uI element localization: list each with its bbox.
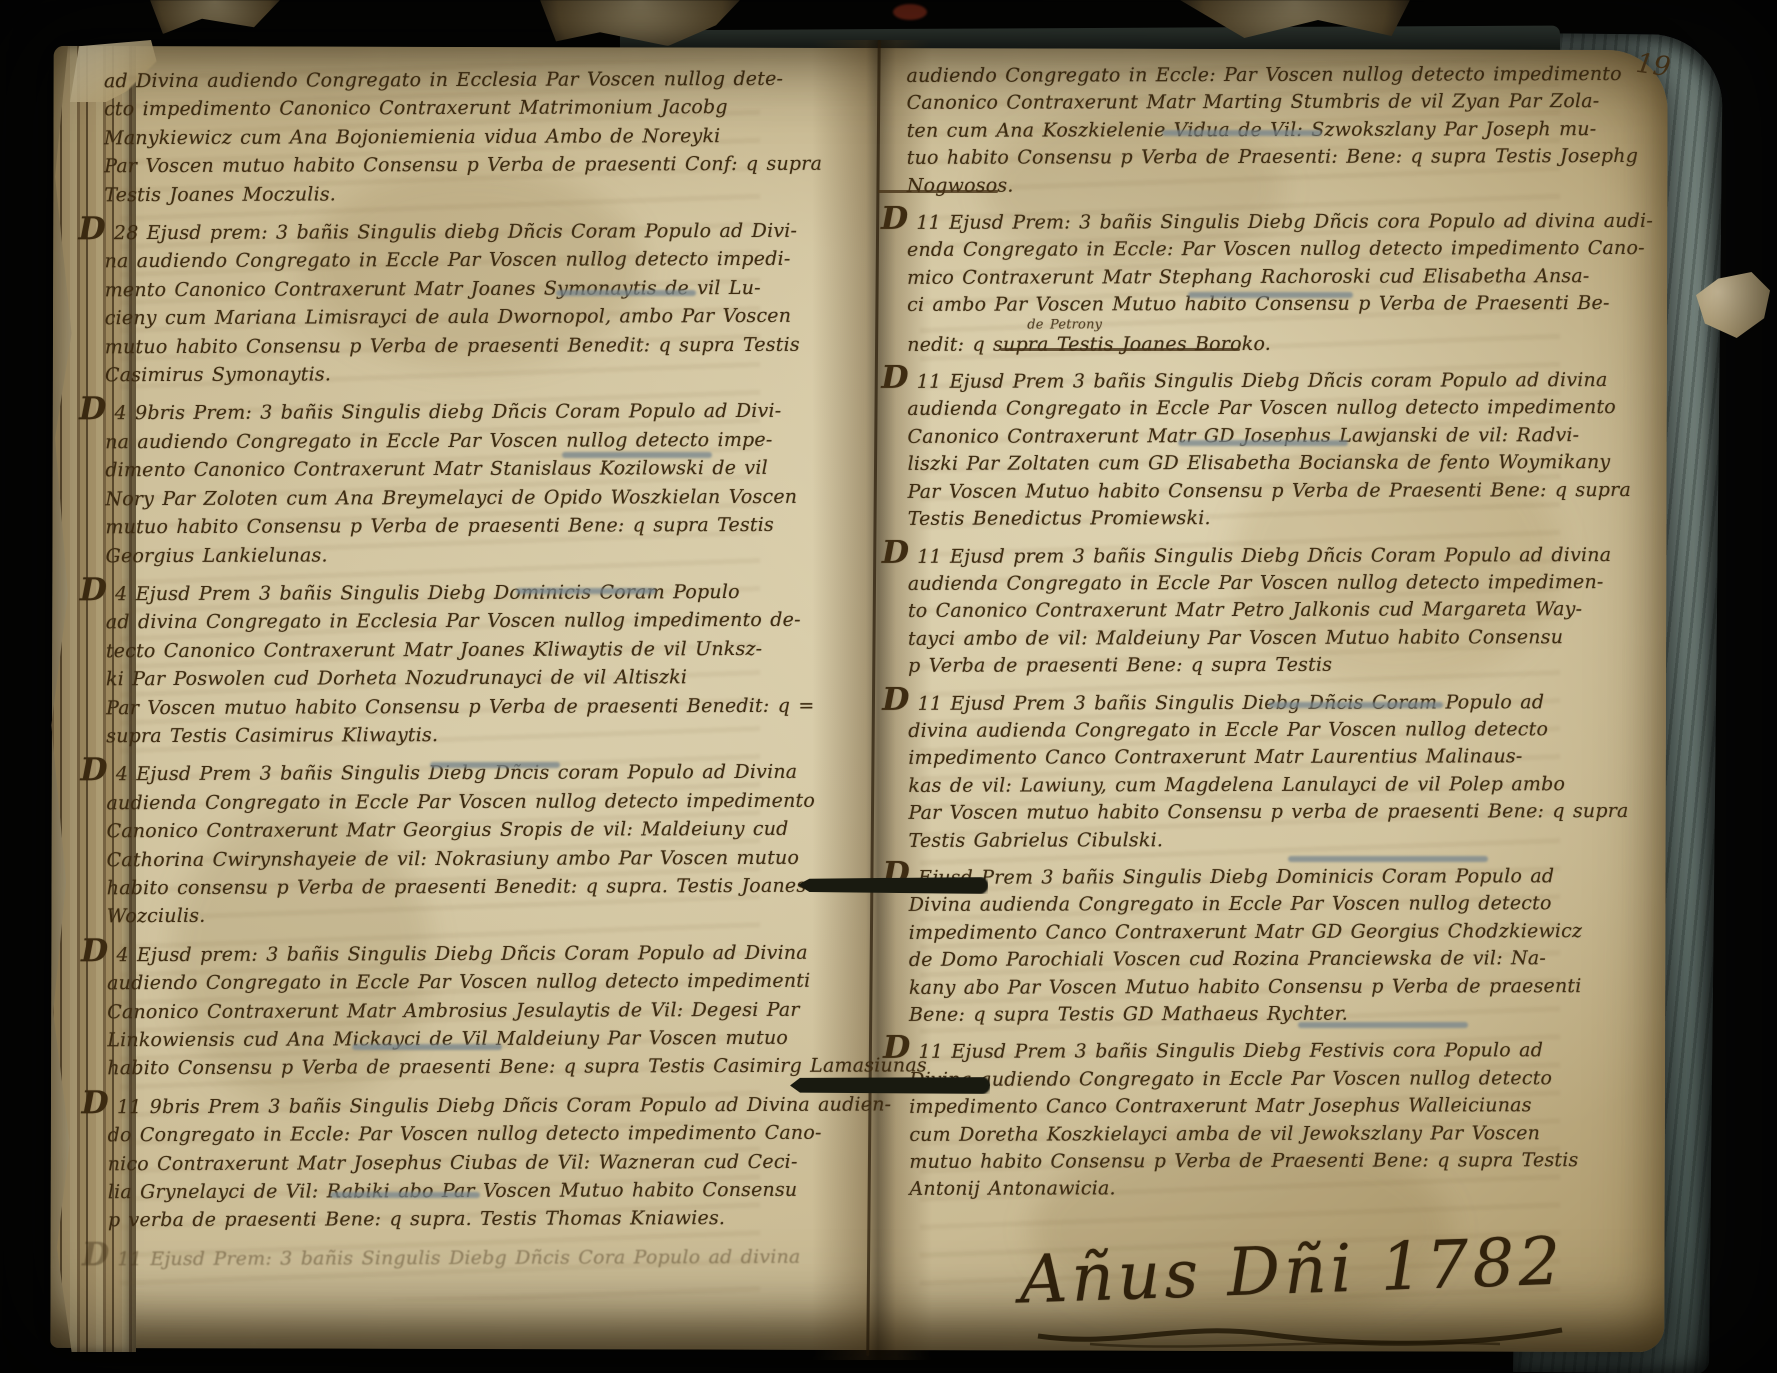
- pencil-underline-mark: [1298, 1022, 1468, 1028]
- manuscript-line: ki Par Poswolen cud Dorheta Nozudrunayci…: [106, 663, 794, 694]
- manuscript-line: D 11 9bris Prem 3 bañis Singulis Diebg D…: [81, 1087, 795, 1122]
- manuscript-line: D 4 Ejusd Prem 3 bañis Singulis Diebg Do…: [80, 574, 794, 609]
- manuscript-line: ad Divina audiendo Congregato in Ecclesi…: [104, 65, 792, 96]
- manuscript-line: D 11 Ejusd Prem: 3 bañis Singulis Diebg …: [881, 204, 1555, 237]
- manuscript-line: impedimento Canco Contraxerunt Matr Laur…: [908, 743, 1556, 772]
- manuscript-line: Canonico Contraxerunt Matr Marting Stumb…: [907, 89, 1555, 118]
- manuscript-line: impedimento Canco Contraxerunt Matr GD G…: [909, 918, 1557, 947]
- manuscript-line: Par Voscen mutuo habito Consensu p verba…: [908, 798, 1556, 827]
- ink-underline-mark: [878, 190, 998, 193]
- manuscript-line: Canonico Contraxerunt Matr Georgius Srop…: [107, 815, 795, 846]
- pencil-underline-mark: [1178, 440, 1348, 446]
- manuscript-line: D 4 Ejusd prem: 3 bañis Singulis Diebg D…: [81, 935, 795, 970]
- manuscript-line: audiendo Congregato in Eccle: Par Voscen…: [907, 61, 1555, 90]
- manuscript-line: to Canonico Contraxerunt Matr Petro Jalk…: [908, 596, 1556, 625]
- manuscript-line: audienda Congregato in Eccle Par Voscen …: [908, 569, 1556, 598]
- manuscript-line: D 11 Ejusd prem 3 bañis Singulis Diebg D…: [882, 538, 1556, 571]
- manuscript-line: Cathorina Cwirynshayeie de vil: Nokrasiu…: [107, 843, 795, 874]
- manuscript-line: Testis Benedictus Promiewski.: [908, 504, 1556, 533]
- manuscript-line: divina audienda Congregato in Eccle Par …: [908, 716, 1556, 745]
- manuscript-line: nedit: q supra Testis Joanes Boroko.: [907, 330, 1555, 359]
- pencil-underline-mark: [556, 290, 696, 296]
- pencil-underline-mark: [1188, 292, 1353, 298]
- manuscript-line: habito Consensu p Verba de praesenti Ben…: [107, 1052, 795, 1083]
- pencil-underline-mark: [330, 1192, 480, 1198]
- manuscript-line: ad divina Congregato in Ecclesia Par Vos…: [106, 606, 794, 637]
- pencil-underline-mark: [1288, 856, 1488, 862]
- manuscript-line: audienda Congregato in Eccle Par Voscen …: [907, 395, 1555, 424]
- manuscript-line: audiendo Congregato in Eccle Par Voscen …: [107, 967, 795, 998]
- manuscript-line: Testis Gabrielus Cibulski.: [909, 826, 1557, 855]
- pencil-underline-mark: [1268, 702, 1443, 708]
- manuscript-line: D 4 9bris Prem: 3 bañis Singulis diebg D…: [79, 393, 793, 428]
- manuscript-line: mutuo habito Consensu p Verba de Praesen…: [909, 1147, 1557, 1176]
- manuscript-line: Par Voscen mutuo habito Consensu p Verba…: [106, 691, 794, 722]
- manuscript-line: cum Doretha Koszkielayci amba de vil Jew…: [909, 1120, 1557, 1149]
- manuscript-line: D 28 Ejusd prem: 3 bañis Singulis diebg …: [78, 213, 792, 248]
- manuscript-line: mutuo habito Consensu p Verba de praesen…: [105, 330, 793, 361]
- manuscript-line: Par Voscen Mutuo habito Consensu p Verba…: [908, 477, 1556, 506]
- manuscript-line: D 11 Ejusd Prem 3 bañis Singulis Diebg F…: [883, 1034, 1557, 1067]
- pencil-underline-mark: [562, 452, 712, 458]
- manuscript-line: liszki Par Zoltaten cum GD Elisabetha Bo…: [908, 449, 1556, 478]
- torn-page-fragment: [150, 0, 280, 34]
- manuscript-line: Georgius Lankielunas.: [106, 539, 794, 570]
- left-page-text: ad Divina audiendo Congregato in Ecclesi…: [104, 65, 796, 1274]
- pencil-underline-mark: [352, 1044, 502, 1050]
- manuscript-line: tuo habito Consensu p Verba de Praesenti…: [907, 143, 1555, 172]
- manuscript-line: Testis Joanes Moczulis.: [104, 178, 792, 209]
- manuscript-line: Divina audiendo Congregato in Eccle Par …: [909, 1065, 1557, 1094]
- manuscript-line: Antonij Antonawicia.: [909, 1175, 1557, 1204]
- manuscript-line: cieny cum Mariana Limisrayci de aula Dwo…: [105, 302, 793, 333]
- manuscript-photo: 19 ad Divina audiendo Congregato in Eccl…: [0, 0, 1777, 1373]
- manuscript-line: Casimirus Symonaytis.: [105, 359, 793, 390]
- manuscript-line: tayci ambo de vil: Maldeiuny Par Voscen …: [908, 624, 1556, 653]
- manuscript-line: mico Contraxerunt Matr Stephang Rachoros…: [907, 263, 1555, 292]
- manuscript-line: D 11 Ejusd Prem: 3 bañis Singulis Diebg …: [82, 1239, 796, 1274]
- ink-smear-mark: [790, 1077, 990, 1094]
- manuscript-line: kany abo Par Voscen Mutuo habito Consens…: [909, 973, 1557, 1002]
- manuscript-line: kas de vil: Lawiuny, cum Magdelena Lanul…: [908, 771, 1556, 800]
- manuscript-line: Canonico Contraxerunt Matr GD Josephus L…: [907, 422, 1555, 451]
- manuscript-line: p Verba de praesenti Bene: q supra Testi…: [908, 651, 1556, 680]
- ink-underline-mark: [1000, 348, 1240, 351]
- manuscript-line: de Domo Parochiali Voscen cud Rozina Pra…: [909, 945, 1557, 974]
- manuscript-line: nico Contraxerunt Matr Josephus Ciubas d…: [108, 1147, 796, 1178]
- manuscript-line: Nory Par Zoloten cum Ana Breymelayci de …: [105, 482, 793, 513]
- manuscript-line: D 4 Ejusd Prem 3 bañis Singulis Diebg Dñ…: [80, 754, 794, 789]
- pencil-underline-mark: [516, 588, 656, 594]
- manuscript-line: enda Congregato in Eccle: Par Voscen nul…: [907, 236, 1555, 265]
- manuscript-line: supra Testis Casimirus Kliwaytis.: [106, 720, 794, 751]
- manuscript-line: Canonico Contraxerunt Matr Ambrosius Jes…: [107, 995, 795, 1026]
- right-page-text: audiendo Congregato in Eccle: Par Voscen…: [907, 61, 1558, 1204]
- manuscript-line: habito consensu p Verba de praesenti Ben…: [107, 872, 795, 903]
- underline-flourish: [1030, 1318, 1570, 1352]
- manuscript-line: mutuo habito Consensu p Verba de praesen…: [105, 511, 793, 542]
- manuscript-line: Nogwosos.: [907, 171, 1555, 200]
- manuscript-line: dimento Canonico Contraxerunt Matr Stani…: [105, 454, 793, 485]
- manuscript-line: Wozciulis.: [107, 900, 795, 931]
- ink-smear-mark: [798, 877, 988, 894]
- page-number: 19: [1634, 48, 1672, 83]
- pencil-underline-mark: [430, 762, 560, 768]
- manuscript-line: D 11 Ejusd Prem 3 bañis Singulis Diebg D…: [881, 363, 1555, 396]
- pencil-underline-mark: [1162, 130, 1322, 136]
- manuscript-line: Manykiewicz cum Ana Bojoniemienia vidua …: [104, 122, 792, 153]
- manuscript-line: D 11 Ejusd Prem 3 bañis Singulis Diebg D…: [882, 685, 1556, 718]
- manuscript-line: do Congregato in Eccle: Par Voscen nullo…: [108, 1119, 796, 1150]
- manuscript-line: cto impedimento Canonico Contraxerunt Ma…: [104, 93, 792, 124]
- manuscript-line: Par Voscen mutuo habito Consensu p Verba…: [104, 150, 792, 181]
- manuscript-line: tecto Canonico Contraxerunt Matr Joanes …: [106, 635, 794, 666]
- manuscript-line: de Petrony: [1027, 318, 1555, 331]
- manuscript-line: Divina audienda Congregato in Eccle Par …: [909, 891, 1557, 920]
- manuscript-line: audienda Congregato in Eccle Par Voscen …: [106, 787, 794, 818]
- manuscript-line: p verba de praesenti Bene: q supra. Test…: [108, 1204, 796, 1235]
- manuscript-line: impedimento Canco Contraxerunt Matr Jose…: [909, 1092, 1557, 1121]
- manuscript-line: na audiendo Congregato in Eccle Par Vosc…: [105, 245, 793, 276]
- binding-wear-spot: [893, 4, 927, 20]
